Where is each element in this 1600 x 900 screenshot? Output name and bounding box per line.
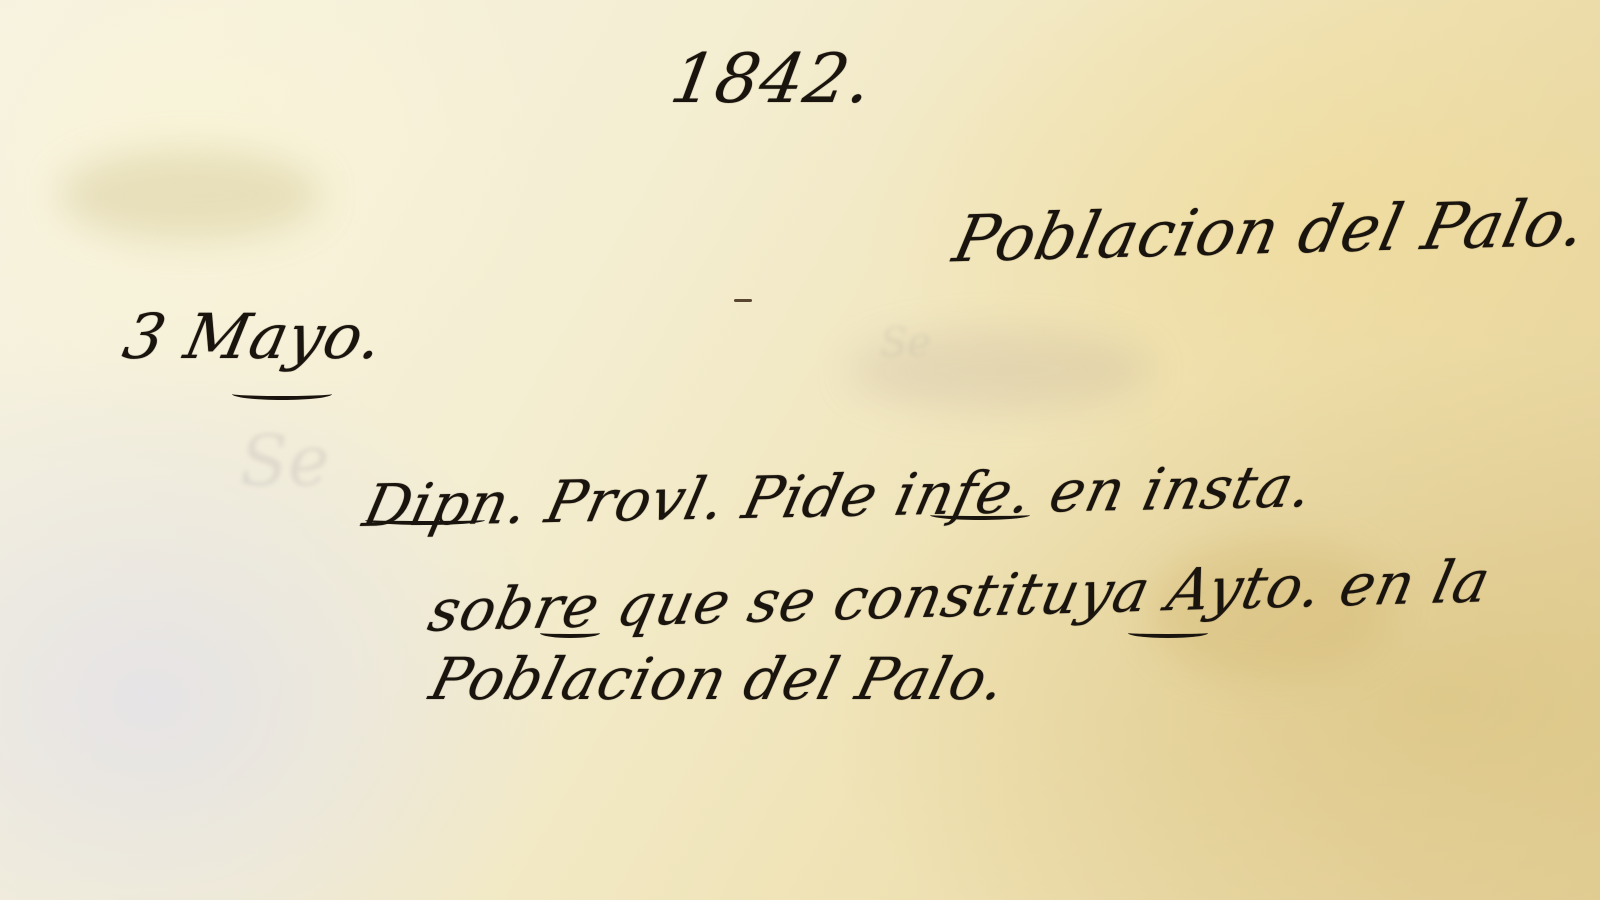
flourish-underline [540,628,600,638]
flourish-underline [365,515,485,525]
date-underline [232,388,332,400]
year-heading: 1842. [665,40,879,119]
bleed-through-text: Se [880,320,1011,366]
entry-line-3: Poblacion del Palo. [424,645,1014,713]
entry-date: 3 Mayo. [117,300,390,373]
flourish-underline [1128,628,1208,638]
flourish-underline [930,510,1030,520]
ink-mark [734,299,752,302]
